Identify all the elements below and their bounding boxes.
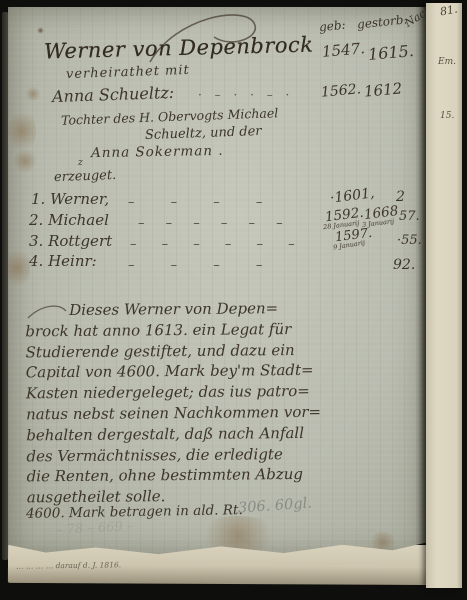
paragraph-line: Studierende gestiftet, und dazu ein — [25, 339, 337, 363]
husband-birth-year: 1547. — [321, 39, 365, 61]
husband-death-year: 1615. — [367, 41, 414, 64]
page-gutter-shadow — [416, 7, 426, 558]
dash-leader: – – – – – – — [138, 216, 283, 231]
paragraph-line: des Vermächtnisses, die erledigte — [26, 443, 338, 467]
wife-parents-line3: Anna Sokerman . — [91, 143, 224, 161]
legacy-paragraph: Dieses Werner von Depen= brock hat anno … — [25, 298, 339, 509]
child-row-age: 92. — [393, 257, 415, 273]
child-row-name: 3. Rottgert — [29, 232, 112, 250]
next-page-edge — [426, 3, 462, 588]
child-row-name: 1. Werner, — [31, 190, 109, 208]
paragraph-line: natus nebst seinen Nachkommen vor= — [26, 402, 338, 426]
manuscript-photo: … … … … darauf d. J. 1816. 81. Em. 15. g… — [0, 0, 467, 600]
child-row-age: ·55. — [397, 233, 422, 248]
book-left-edge — [2, 12, 8, 560]
children-heading: erzeuget. — [54, 168, 117, 185]
stain — [14, 148, 36, 174]
margin-note-top: Em. — [438, 57, 456, 67]
dash-leader: – – – – — [128, 195, 262, 210]
dot-leader: · – · · – · — [198, 88, 289, 102]
paragraph-line: die Renten, ohne bestimmten Abzug — [27, 464, 339, 488]
child-row-name: 4. Heinr: — [29, 252, 97, 270]
dash-leader: – – – – — [128, 258, 262, 273]
paragraph-line: Capital von 4600. Mark bey'm Stadt= — [26, 360, 338, 384]
wife-death-year: 1612 — [363, 79, 403, 100]
column-label-born: geb: — [318, 18, 346, 35]
ink-speck — [37, 27, 44, 34]
stain — [26, 86, 40, 102]
stain — [8, 108, 36, 154]
paragraph-line: behalten dergestalt, daß nach Anfall — [26, 422, 338, 446]
children-heading-superscript: z — [78, 158, 83, 168]
bottom-margin-note: … … … … darauf d. J. 1816. — [16, 560, 121, 570]
dash-leader: – – – – – – — [130, 237, 295, 252]
margin-note-mid: 15. — [440, 111, 454, 121]
child-row-name: 2. Michael — [29, 211, 109, 229]
paragraph-line: Kasten niedergeleget; das ius patro= — [26, 381, 338, 405]
paragraph-line: Dieses Werner von Depen= — [25, 298, 337, 322]
child-row-age: 57. — [399, 209, 420, 224]
paragraph-line: brock hat anno 1613. ein Legat für — [25, 318, 337, 342]
